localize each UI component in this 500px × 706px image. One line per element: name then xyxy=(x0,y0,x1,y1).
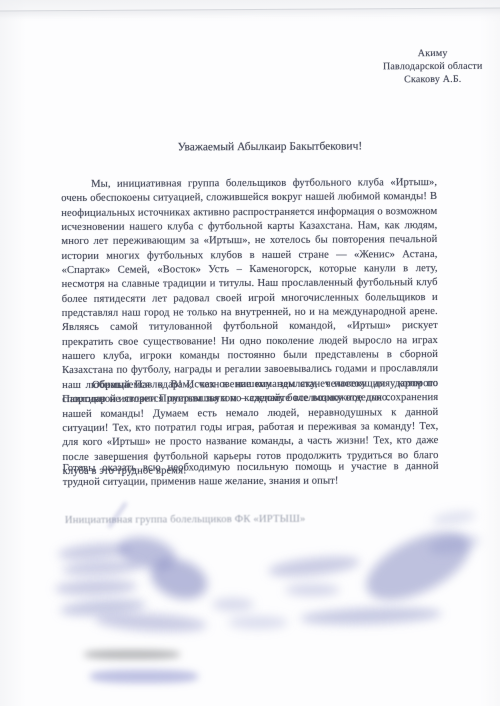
scanned-letter-page: Акиму Павлодарской области Скакову А.Б. … xyxy=(0,0,500,706)
signature-scribble xyxy=(285,584,340,596)
recipient-line-name: Скакову А.Б. xyxy=(383,73,483,87)
blurred-text-blue xyxy=(90,670,198,683)
recipient-line-region: Павлодарской области xyxy=(383,60,483,74)
paragraph-concern: Мы, инициативная группа болельщиков футб… xyxy=(61,176,438,407)
salutation: Уважаемый Абылкаир Бакытбекович! xyxy=(95,140,445,154)
blurred-text-gray xyxy=(84,650,180,659)
recipient-block: Акиму Павлодарской области Скакову А.Б. xyxy=(383,47,483,87)
signature-org-line: Инициативная группа болельщиков ФК «ИРТЫ… xyxy=(65,514,306,526)
signature-scribble xyxy=(228,616,288,629)
paragraph-offer: Готовы оказать всю необходимую посильную… xyxy=(63,460,439,491)
signature-scribble xyxy=(212,598,254,611)
recipient-line-title: Акиму xyxy=(383,47,483,61)
